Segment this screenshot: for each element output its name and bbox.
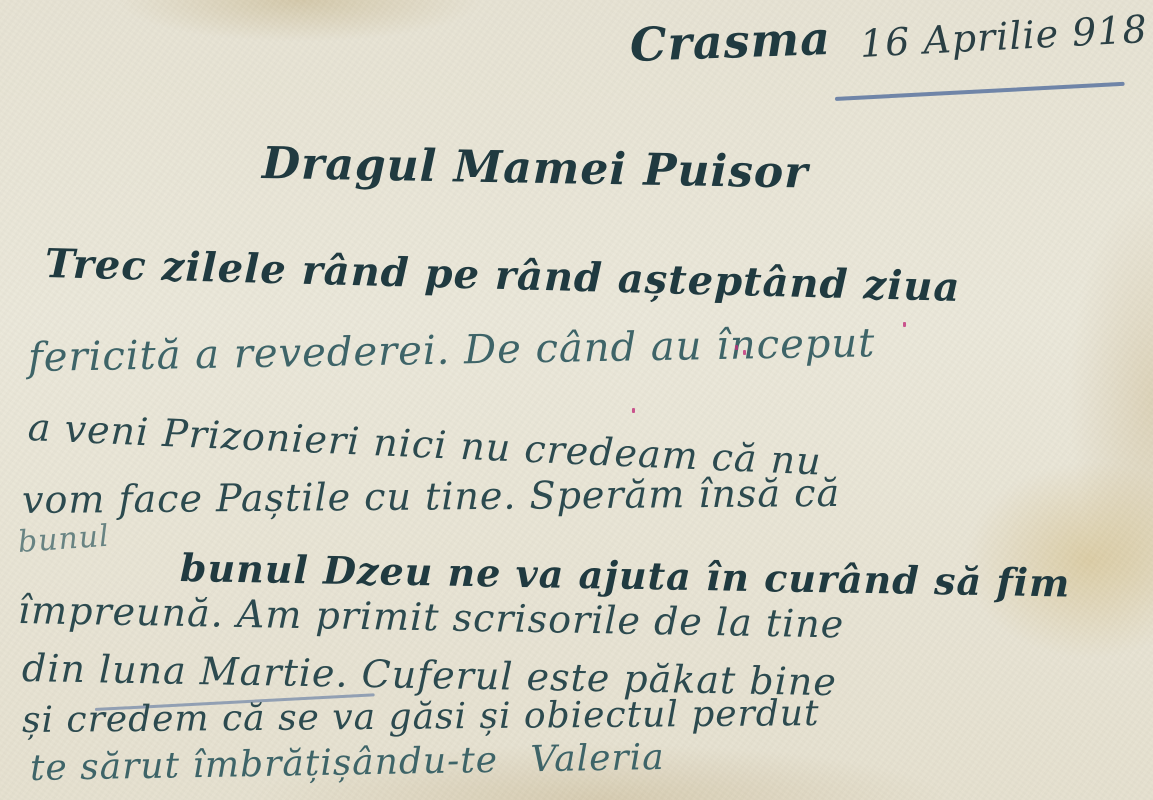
ink-speck <box>735 345 738 350</box>
closing-text: te sărut îmbrățișându-te <box>30 740 499 789</box>
body-line-8: și credem că se va găsi și obiectul perd… <box>22 693 820 741</box>
date-underline <box>835 82 1125 101</box>
date: 16 Aprilie 918 <box>859 7 1149 66</box>
salutation: Dragul Mamei Puisor <box>262 138 809 199</box>
signature: Valeria <box>530 737 665 780</box>
ink-speck <box>632 408 635 413</box>
body-line-2: fericită a revederei. De când au început <box>28 320 876 381</box>
postcard: Crasma 16 Aprilie 918 Dragul Mamei Puiso… <box>0 0 1153 800</box>
body-line-1: Trec zilele rând pe rând așteptând ziua <box>44 240 961 311</box>
body-line-4: vom face Paștile cu tine. Sperăm însă că <box>22 471 841 522</box>
ink-speck <box>903 322 906 327</box>
place-name: Crasma <box>629 11 832 72</box>
margin-note: bunul <box>17 519 111 560</box>
ink-speck <box>743 350 746 355</box>
closing-line: te sărut îmbrățișându-te Valeria <box>30 737 665 789</box>
